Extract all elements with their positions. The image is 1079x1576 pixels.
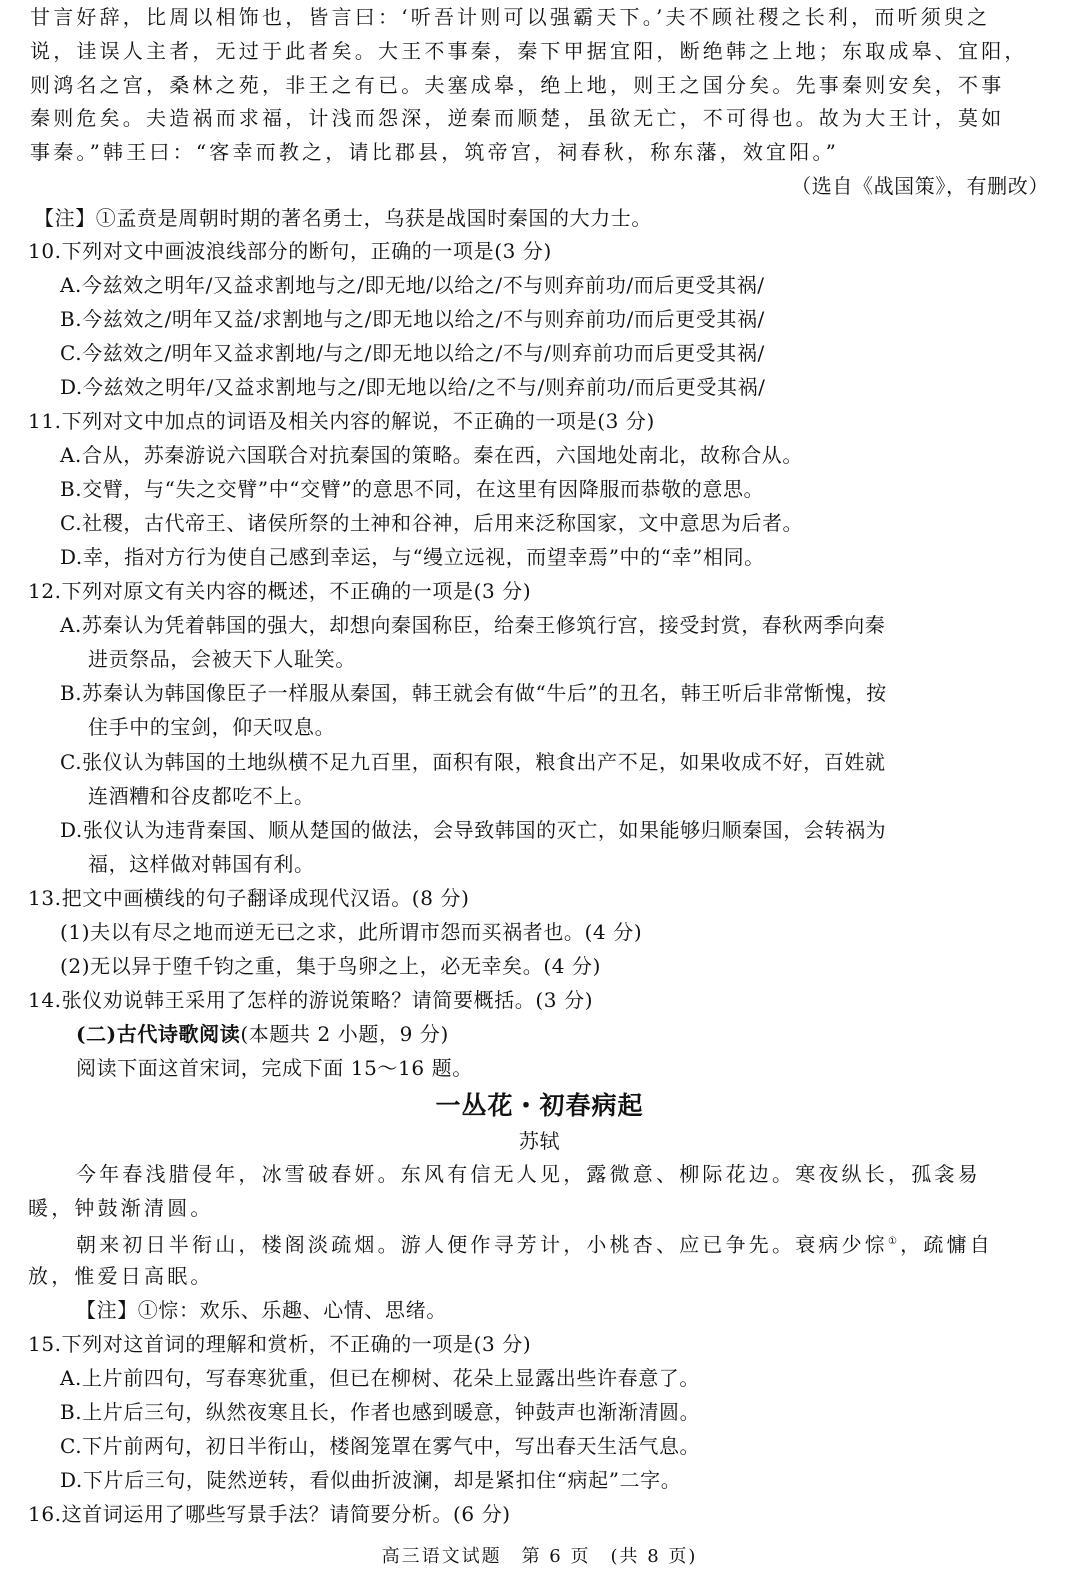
poem-note: 【注】①悰：欢乐、乐趣、心情、思绪。 (76, 1293, 447, 1327)
question-12-stem: 12.下列对原文有关内容的概述，不正确的一项是(3 分) (28, 574, 531, 608)
passage-line: 事秦。”韩王曰：“客幸而教之，请比郡县，筑帝宫，祠春秋，称东藩，效宜阳。” (30, 135, 839, 169)
question-15-option-c: C.下片前两句，初日半衔山，楼阁笼罩在雾气中，写出春天生活气息。 (60, 1429, 700, 1463)
question-12-option-c: C.张仪认为韩国的土地纵横不足九百里，面积有限，粮食出产不足，如果收成不好，百姓… (60, 745, 886, 779)
question-12-option-c-cont: 连酒糟和谷皮都吃不上。 (88, 779, 315, 813)
section-2-heading-rest: (本题共 2 小题，9 分) (240, 1022, 449, 1046)
poem-title: 一丛花・初春病起 (0, 1088, 1079, 1124)
passage-line: 秦则危矣。夫造祸而求福，计浅而怨深，逆秦而顺楚，虽欲无亡，不可得也。故为大王计，… (30, 101, 1004, 135)
question-15-option-d: D.下片后三句，陡然逆转，看似曲折波澜，却是紧扣住“病起”二字。 (60, 1463, 681, 1497)
page-footer: 高三语文试题 第 6 页 (共 8 页) (0, 1540, 1079, 1574)
section-2-heading: (二)古代诗歌阅读(本题共 2 小题，9 分) (76, 1017, 449, 1051)
question-14-stem: 14.张仪劝说韩王采用了怎样的游说策略？请简要概括。(3 分) (28, 983, 593, 1017)
footnote-marker: ① (888, 1236, 900, 1247)
poem-stanza-2-text-b: ，疏慵自 (900, 1233, 993, 1257)
question-10-stem: 10.下列对文中画波浪线部分的断句，正确的一项是(3 分) (28, 234, 552, 268)
question-13-item-2: (2)无以异于堕千钧之重，集于鸟卵之上，必无幸矣。(4 分) (60, 949, 601, 983)
question-15-stem: 15.下列对这首词的理解和赏析，不正确的一项是(3 分) (28, 1327, 531, 1361)
question-10-option-a: A.今兹效之明年/又益求割地与之/即无地/以给之/不与则弃前功/而后更受其祸/ (60, 268, 765, 302)
question-13-item-1: (1)夫以有尽之地而逆无已之求，此所谓市怨而买祸者也。(4 分) (60, 915, 642, 949)
question-12-option-a-cont: 进贡祭品，会被天下人耻笑。 (88, 642, 356, 676)
poem-stanza-1: 今年春浅腊侵年，冰雪破春妍。东风有信无人见，露微意、柳际花边。寒夜纵长，孤衾易 (76, 1157, 981, 1191)
section-2-instruction: 阅读下面这首宋词，完成下面 15～16 题。 (76, 1051, 473, 1085)
poem-author: 苏轼 (0, 1124, 1079, 1158)
question-16-stem: 16.这首词运用了哪些写景手法？请简要分析。(6 分) (28, 1497, 511, 1531)
passage-line: 甘言好辞，比周以相饰也，皆言曰：‘听吾计则可以强霸天下。’夫不顾社稷之长利，而听… (30, 0, 990, 34)
question-11-stem: 11.下列对文中加点的词语及相关内容的解说，不正确的一项是(3 分) (28, 404, 655, 438)
question-10-option-b: B.今兹效之/明年又益/求割地与之/即无地以给之/不与则弃前功/而后更受其祸/ (60, 302, 765, 336)
question-15-option-a: A.上片前四句，写春寒犹重，但已在柳树、花朵上显露出些许春意了。 (60, 1361, 700, 1395)
question-12-option-b: B.苏秦认为韩国像臣子一样服从秦国，韩王就会有做“牛后”的丑名，韩王听后非常惭愧… (60, 676, 887, 710)
poem-stanza-2-cont: 放，惟爱日高眠。 (28, 1259, 214, 1293)
poem-stanza-2: 朝来初日半衔山，楼阁淡疏烟。游人便作寻芳计，小桃杏、应已争先。衰病少悰①，疏慵自 (76, 1225, 993, 1259)
passage-line: 则鸿名之宫，桑林之苑，非王之有已。夫塞成皋，绝上地，则王之国分矣。先事秦则安矣，… (30, 68, 1004, 102)
passage-source: （选自《战国策》，有删改） (791, 169, 1049, 203)
section-2-heading-bold: (二)古代诗歌阅读 (76, 1022, 240, 1046)
question-15-option-b: B.上片后三句，纵然夜寒且长，作者也感到暖意，钟鼓声也渐渐清圆。 (60, 1395, 700, 1429)
passage-line: 说，诖误人主者，无过于此者矣。大王不事秦，秦下甲据宜阳，断绝韩之上地；东取成皋、… (30, 34, 1028, 68)
question-11-option-a: A.合从，苏秦游说六国联合对抗秦国的策略。秦在西，六国地处南北，故称合从。 (60, 438, 803, 472)
question-11-option-c: C.社稷，古代帝王、诸侯所祭的土神和谷神，后用来泛称国家，文中意思为后者。 (60, 506, 803, 540)
poem-stanza-2-text: 朝来初日半衔山，楼阁淡疏烟。游人便作寻芳计，小桃杏、应已争先。衰病少悰 (76, 1233, 888, 1257)
question-12-option-d-cont: 福，这样做对韩国有利。 (88, 847, 315, 881)
question-10-option-d: D.今兹效之明年/又益求割地与之/即无地以给/之不与/则弃前功/而后更受其祸/ (60, 370, 766, 404)
question-11-option-b: B.交臂，与“失之交臂”中“交臂”的意思不同，在这里有因降服而恭敬的意思。 (60, 472, 764, 506)
poem-stanza-1-cont: 暖，钟鼓渐清圆。 (28, 1191, 214, 1225)
question-11-option-d: D.幸，指对方行为使自己感到幸运，与“缦立远视，而望幸焉”中的“幸”相同。 (60, 540, 765, 574)
question-10-option-c: C.今兹效之/明年又益求割地/与之/即无地以给之/不与/则弃前功而后更受其祸/ (60, 336, 765, 370)
question-12-option-b-cont: 住手中的宝剑，仰天叹息。 (88, 710, 335, 744)
question-12-option-a: A.苏秦认为凭着韩国的强大，却想向秦国称臣，给秦王修筑行宫，接受封赏，春秋两季向… (60, 608, 885, 642)
passage-note: 【注】①孟贲是周朝时期的著名勇士，乌获是战国时秦国的大力士。 (34, 201, 652, 235)
question-12-option-d: D.张仪认为违背秦国、顺从楚国的做法，会导致韩国的灭亡，如果能够归顺秦国，会转祸… (60, 813, 886, 847)
question-13-stem: 13.把文中画横线的句子翻译成现代汉语。(8 分) (28, 881, 470, 915)
